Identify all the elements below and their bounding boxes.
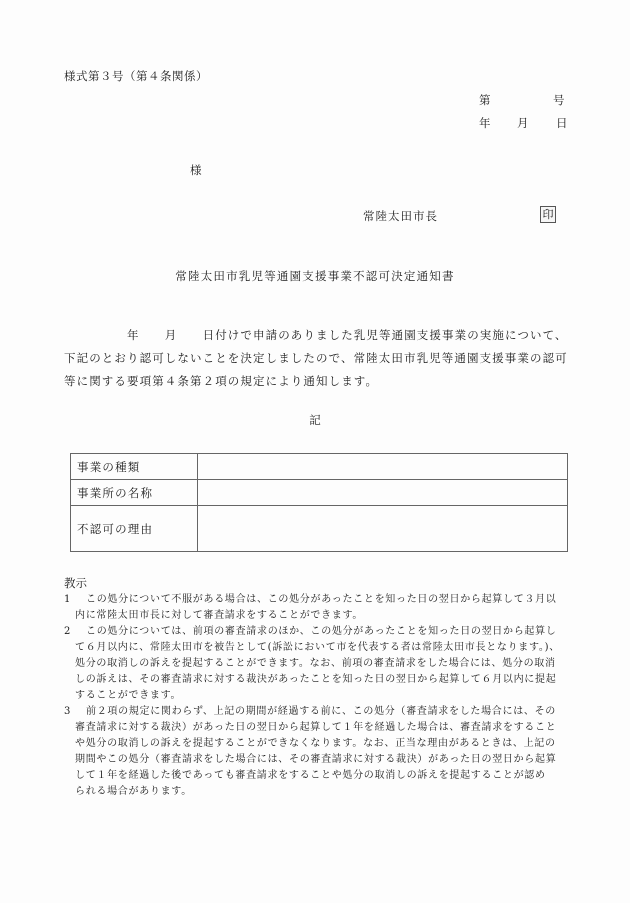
instruction-line: この処分について不服がある場合は、この処分があったことを知った日の翌日から起算し… (86, 594, 557, 605)
seal-stamp-icon: 印 (540, 206, 556, 223)
instruction-line: することができます。 (64, 688, 584, 704)
instruction-item: 3前２項の規定に関わらず、上記の期間が経過する前に、この処分（審査請求をした場合… (64, 704, 584, 800)
instruction-line: られる場合があります。 (64, 784, 584, 800)
instruction-line: 審査請求に対する裁決）があった日の翌日から起算して１年を経過した場合は、審査請求… (64, 720, 584, 736)
business-type-value (198, 454, 568, 480)
table-row: 不認可の理由 (71, 506, 568, 552)
instructions-heading: 教示 (64, 575, 87, 591)
instruction-item: 1この処分について不服がある場合は、この処分があったことを知った日の翌日から起算… (64, 592, 584, 624)
body-line: 等に関する要項第４条第２項の規定により通知します。 (64, 370, 574, 393)
instructions-list: 1この処分について不服がある場合は、この処分があったことを知った日の翌日から起算… (64, 592, 584, 800)
document-page: 様式第３号（第４条関係） 第 号 年 月 日 様 常陸太田市長 印 常陸太田市乳… (0, 0, 630, 903)
instruction-line: して１年を経過した後であっても審査請求をすることや処分の取消しの訴えを提起するこ… (64, 768, 584, 784)
rejection-reason-value (198, 506, 568, 552)
date-year: 年 (479, 115, 491, 131)
instruction-line: 内に常陸太田市長に対して審査請求をすることができます。 (64, 608, 584, 624)
document-title: 常陸太田市乳児等通園支援事業不認可決定通知書 (0, 268, 630, 284)
instruction-number: 3 (64, 704, 86, 720)
body-paragraph: 年 月 日付けで申請のありました乳児等通園支援事業の実施について、 下記のとおり… (64, 324, 574, 393)
facility-name-value (198, 480, 568, 506)
instruction-line: この処分については、前項の審査請求のほか、この処分があったことを知った日の翌日か… (86, 626, 557, 637)
ki-heading: 記 (0, 412, 630, 428)
body-line: 下記のとおり認可しないことを決定しましたので、常陸太田市乳児等通園支援事業の認可 (64, 347, 574, 370)
instruction-number: 1 (64, 592, 86, 608)
instruction-item: 2この処分については、前項の審査請求のほか、この処分があったことを知った日の翌日… (64, 624, 584, 704)
facility-name-label: 事業所の名称 (71, 480, 198, 506)
addressee-suffix: 様 (190, 162, 202, 178)
form-label: 様式第３号（第４条関係） (64, 68, 208, 84)
details-table: 事業の種類 事業所の名称 不認可の理由 (70, 453, 568, 552)
instruction-line: 期間やこの処分（審査請求をした場合には、その審査請求に対する裁決）があった日の翌… (64, 752, 584, 768)
instruction-number: 2 (64, 624, 86, 640)
number-suffix: 号 (553, 92, 565, 108)
business-type-label: 事業の種類 (71, 454, 198, 480)
instruction-line: 前２項の規定に関わらず、上記の期間が経過する前に、この処分（審査請求をした場合に… (86, 706, 556, 717)
instruction-line: しの訴えは、その審査請求に対する裁決があったことを知った日の翌日から起算して６月… (64, 672, 584, 688)
table-row: 事業所の名称 (71, 480, 568, 506)
number-prefix: 第 (479, 92, 491, 108)
instruction-line: 処分の取消しの訴えを提起することができます。なお、前項の審査請求をした場合には、… (64, 656, 584, 672)
date-day: 日 (556, 115, 568, 131)
date-month: 月 (517, 115, 529, 131)
body-line: 年 月 日付けで申請のありました乳児等通園支援事業の実施について、 (64, 324, 574, 347)
issuer-name: 常陸太田市長 (363, 208, 438, 224)
table-row: 事業の種類 (71, 454, 568, 480)
rejection-reason-label: 不認可の理由 (71, 506, 198, 552)
instruction-line: や処分の取消しの訴えを提起することができなくなります。なお、正当な理由があるとき… (64, 736, 584, 752)
instruction-line: て６月以内に、常陸太田市を被告として(訴訟において市を代表する者は常陸太田市長と… (64, 640, 584, 656)
